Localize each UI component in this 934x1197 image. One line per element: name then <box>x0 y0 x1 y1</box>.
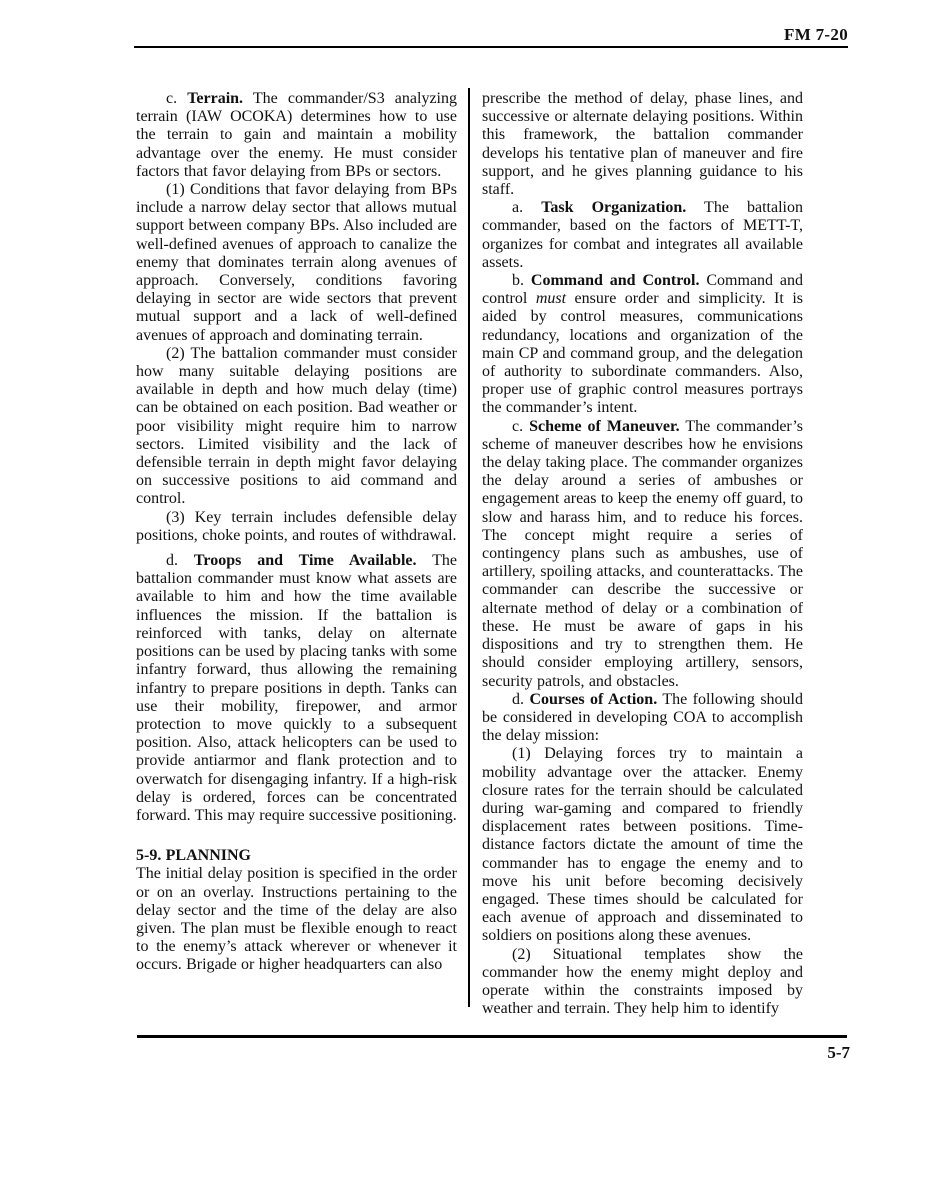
paragraph: (1) Conditions that favor delaying from … <box>136 181 457 345</box>
paragraph: a. Task Organization. The battalion comm… <box>482 199 803 272</box>
paragraph: c. Scheme of Maneuver. The commander’s s… <box>482 418 803 691</box>
column-divider <box>468 88 470 1007</box>
footer-rule <box>137 1035 847 1038</box>
paragraph: (3) Key terrain includes defensible dela… <box>136 509 457 545</box>
page-number: 5-7 <box>827 1043 850 1063</box>
paragraph: The initial delay position is specified … <box>136 865 457 974</box>
paragraph: (2) The battalion commander must conside… <box>136 345 457 509</box>
paragraph: (1) Delaying forces try to maintain a mo… <box>482 745 803 945</box>
section-heading: 5-9. PLANNING <box>136 847 457 865</box>
left-column: c. Terrain. The commander/S3 analyzing t… <box>136 90 457 975</box>
header-rule <box>134 46 848 48</box>
paragraph: prescribe the method of delay, phase lin… <box>482 90 803 199</box>
paragraph: b. Command and Control. Command and cont… <box>482 272 803 418</box>
paragraph: d. Courses of Action. The following shou… <box>482 691 803 746</box>
paragraph: c. Terrain. The commander/S3 analyzing t… <box>136 90 457 181</box>
document-page: FM 7-20 c. Terrain. The commander/S3 ana… <box>0 0 934 1197</box>
paragraph: d. Troops and Time Available. The battal… <box>136 552 457 825</box>
right-column: prescribe the method of delay, phase lin… <box>482 90 803 1018</box>
header-doc-code: FM 7-20 <box>784 25 848 45</box>
paragraph: (2) Situational templates show the comma… <box>482 946 803 1019</box>
